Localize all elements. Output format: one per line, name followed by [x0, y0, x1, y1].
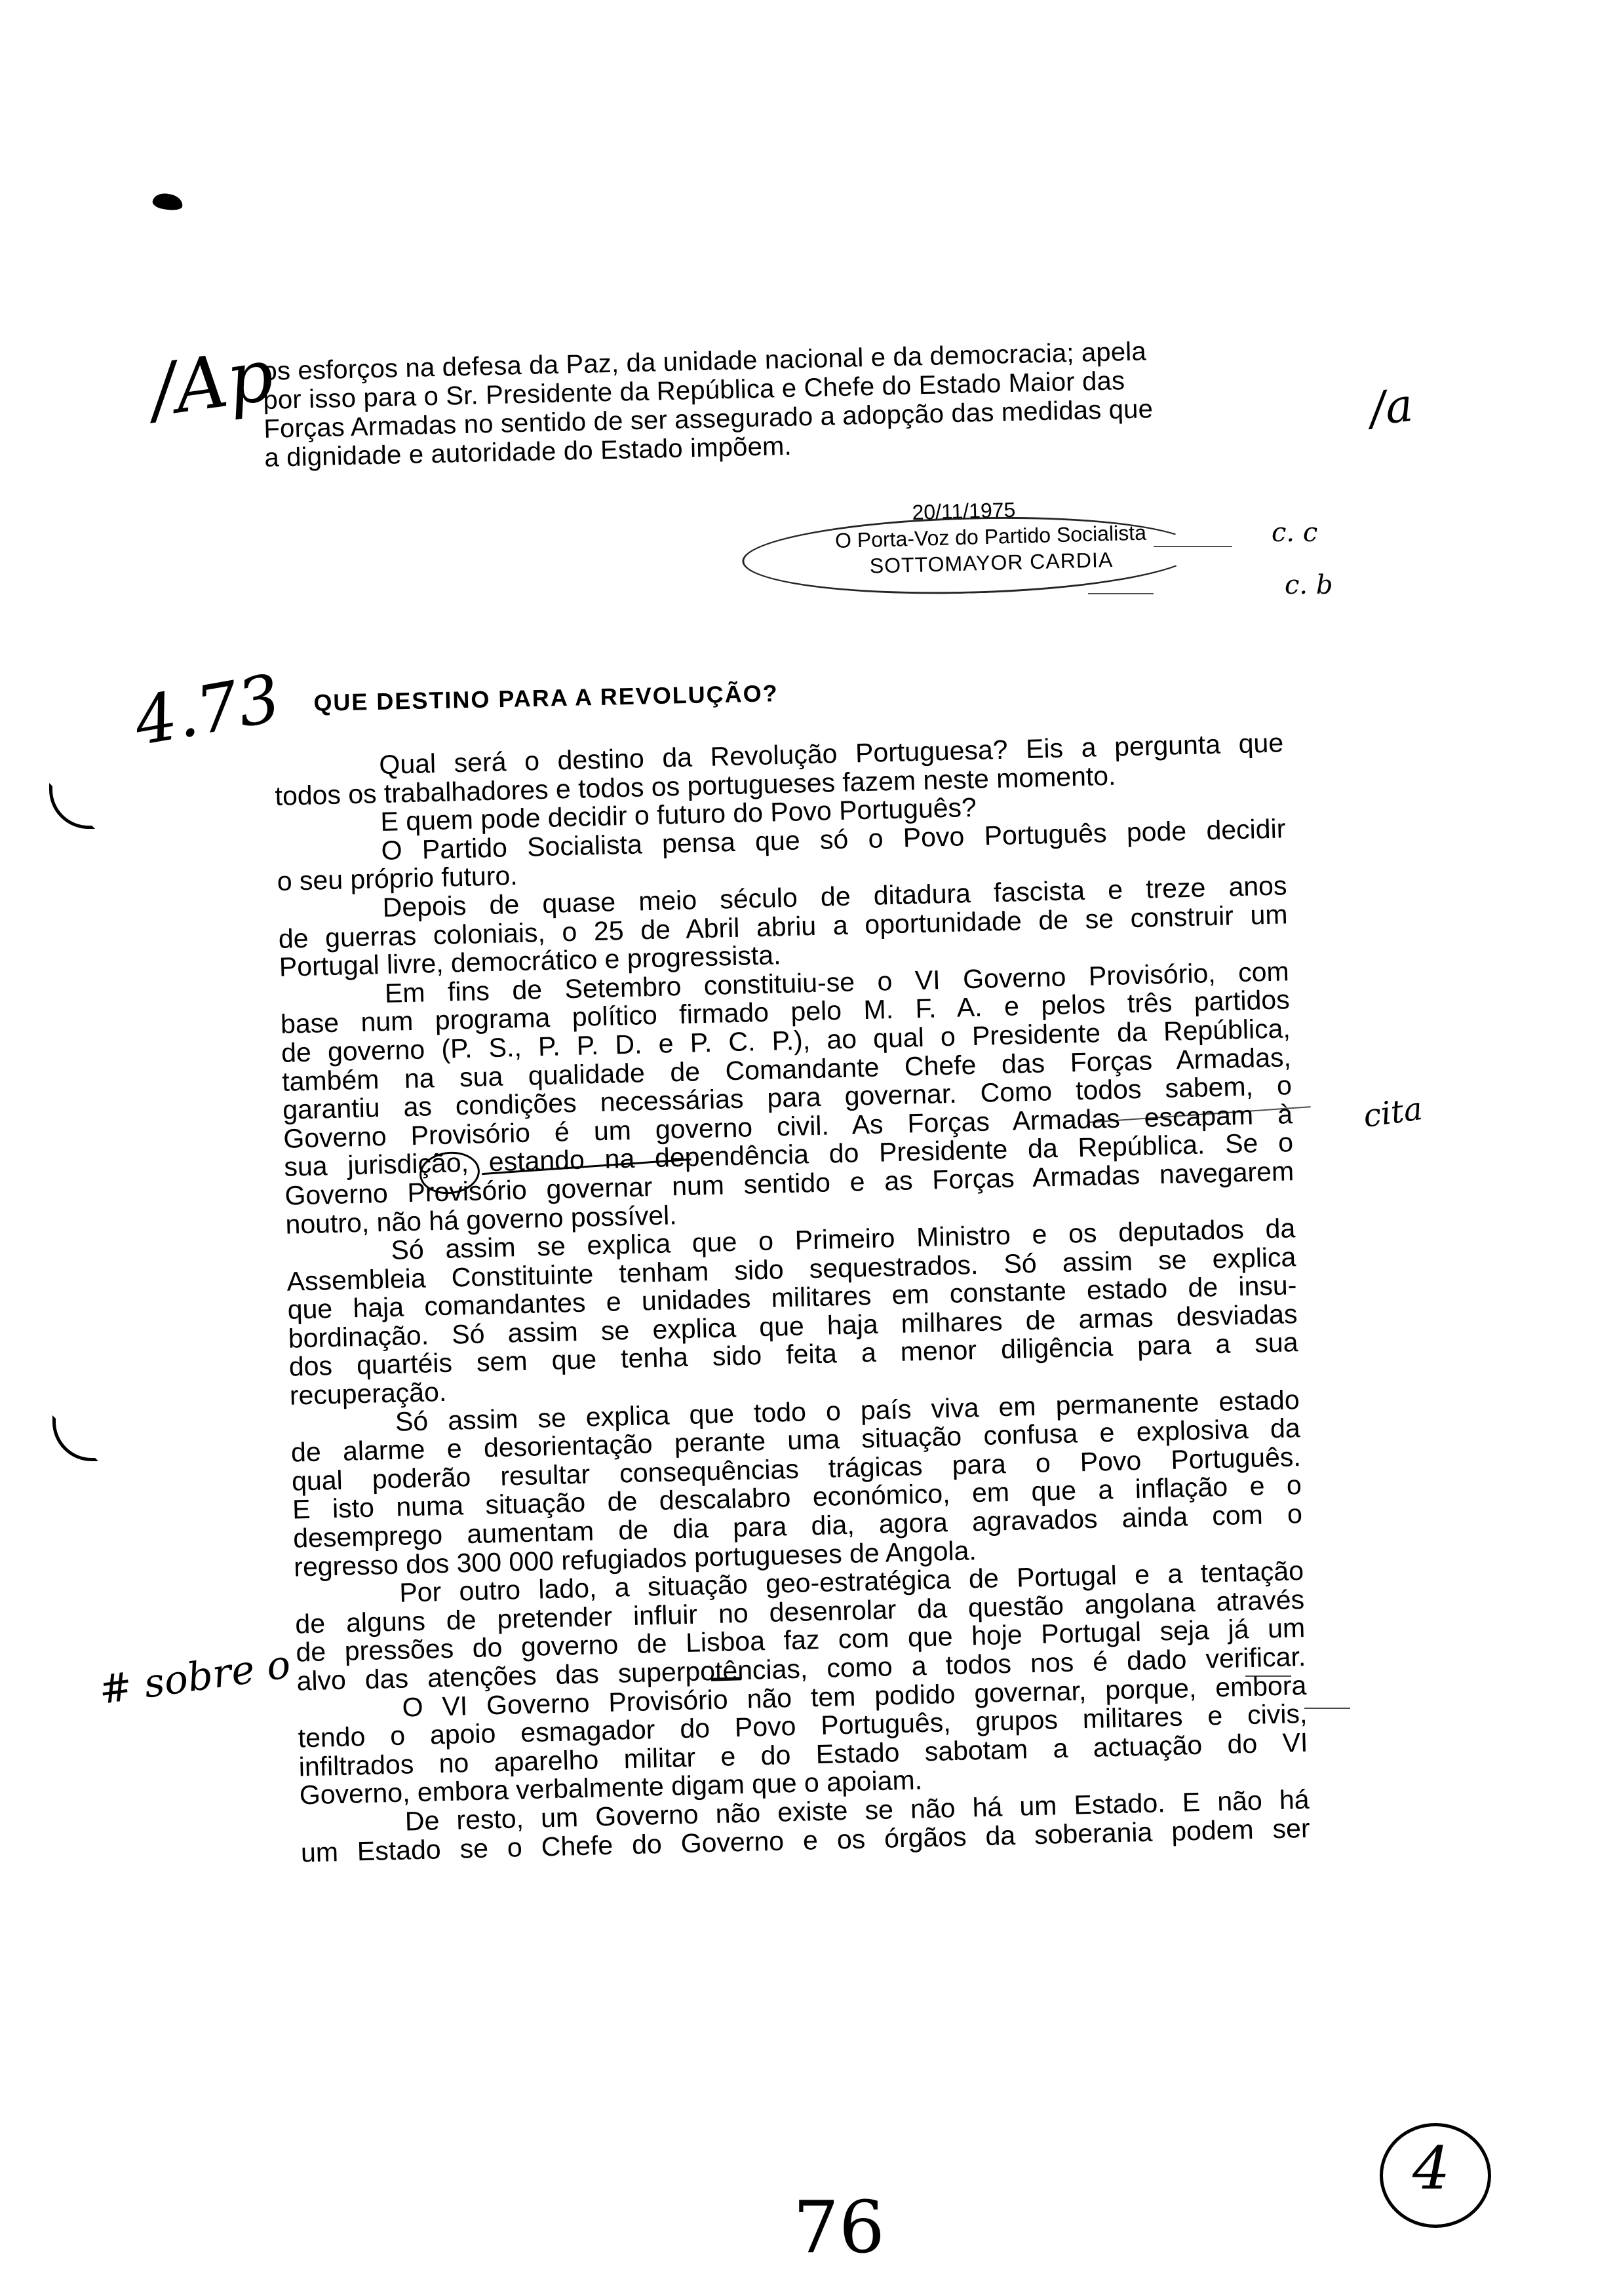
pen-stroke	[1245, 1675, 1291, 1677]
ink-blot-mark	[151, 191, 184, 212]
margin-bracket-mark	[52, 1415, 98, 1461]
pen-stroke	[1304, 1708, 1350, 1709]
article-body: Qual será o destino da Revolução Portugu…	[274, 729, 1310, 1867]
pen-stroke	[1088, 593, 1154, 594]
scanned-document-page: /Ap /a os esforços na defesa da Paz, da …	[0, 0, 1615, 2296]
section-heading: QUE DESTINO PARA A REVOLUÇÃO?	[313, 679, 779, 717]
handwritten-top-right-mark: /a	[1367, 378, 1416, 436]
handwritten-margin-note-right: cita	[1361, 1090, 1425, 1135]
handwritten-section-number: 4.73	[129, 660, 286, 761]
handwritten-signature-marks: c. b	[1285, 570, 1333, 600]
signature-block: 20/11/1975 O Porta-Voz do Partido Social…	[760, 491, 1221, 582]
handwritten-top-left-mark: /Ap	[146, 333, 279, 433]
handwritten-signature-marks: c. c	[1272, 518, 1317, 548]
margin-bracket-mark	[49, 783, 95, 829]
circled-number: 4	[1412, 2134, 1450, 2203]
handwritten-margin-note-left: # sobre o	[96, 1641, 294, 1713]
circled-number-mark: 4	[1380, 2123, 1491, 2228]
pen-stroke	[1154, 546, 1232, 547]
handwritten-page-number: 76	[793, 2185, 885, 2269]
continuation-paragraph: os esforços na defesa da Paz, da unidade…	[262, 335, 1248, 472]
